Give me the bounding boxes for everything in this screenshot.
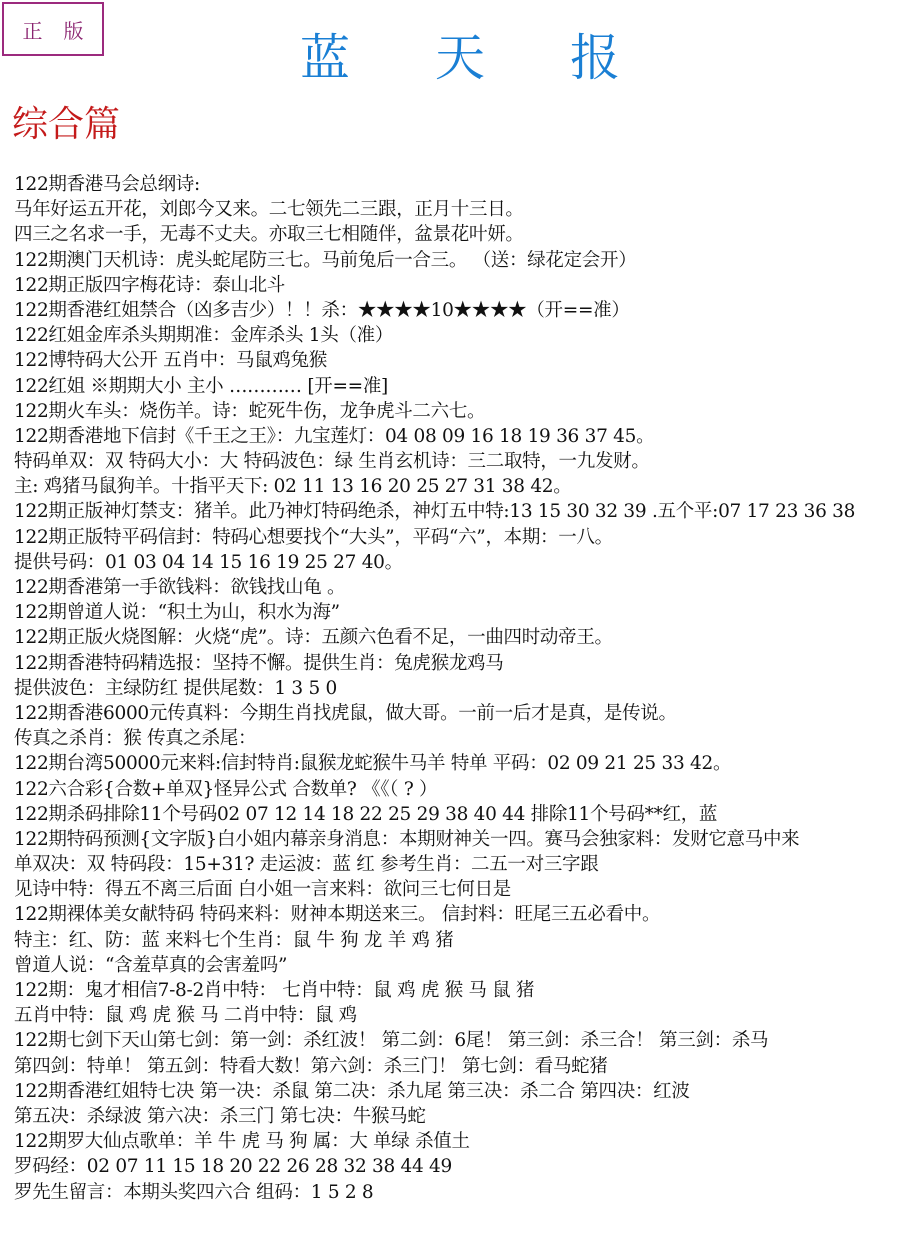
text-line: 122期七剑下天山第七剑：第一剑：杀红波！ 第二剑：6尾！ 第三剑：杀三合！ 第… [14, 1028, 900, 1053]
text-line: 122期：鬼才相信7-8-2肖中特： 七肖中特：鼠 鸡 虎 猴 马 鼠 猪 [14, 978, 900, 1003]
text-line: 122期香港地下信封《千王之王》：九宝莲灯：04 08 09 16 18 19 … [14, 424, 900, 449]
text-line: 122期正版四字梅花诗：泰山北斗 [14, 273, 900, 298]
text-line: 122期香港6000元传真料：今期生肖找虎鼠，做大哥。一前一后才是真，是传说。 [14, 701, 900, 726]
text-line: 122期特码预测{文字版}白小姐内幕亲身消息：本期财神关一四。赛马会独家料：发财… [14, 827, 900, 852]
text-line: 提供号码：01 03 04 14 15 16 19 25 27 40。 [14, 550, 900, 575]
text-line: 罗先生留言：本期头奖四六合 组码：1 5 2 8 [14, 1180, 900, 1205]
content-lines: 122期香港马会总纲诗:马年好运五开花，刘郎今又来。二七领先二三跟，正月十三日。… [14, 172, 900, 1205]
text-line: 马年好运五开花，刘郎今又来。二七领先二三跟，正月十三日。 [14, 197, 900, 222]
section-title: 综合篇 [12, 96, 120, 147]
text-line: 122期香港特码精选报：坚持不懈。提供生肖：兔虎猴龙鸡马 [14, 651, 900, 676]
text-line: 传真之杀肖：猴 传真之杀尾： [14, 726, 900, 751]
text-line: 122期正版特平码信封：特码心想要找个“大头”，平码“六”，本期：一八。 [14, 525, 900, 550]
text-line: 提供波色：主绿防红 提供尾数：1 3 5 0 [14, 676, 900, 701]
text-line: 122期火车头：烧伤羊。诗：蛇死牛伤，龙争虎斗二六七。 [14, 399, 900, 424]
text-line: 单双决：双 特码段：15+31? 走运波：蓝 红 参考生肖：二五一对三字跟 [14, 852, 900, 877]
text-line: 特主：红、防：蓝 来料七个生肖：鼠 牛 狗 龙 羊 鸡 猪 [14, 928, 900, 953]
text-line: 122期正版火烧图解：火烧“虎”。诗：五颜六色看不足，一曲四时动帝王。 [14, 625, 900, 650]
badge-char: 版 [64, 15, 84, 44]
text-line: 122期罗大仙点歌单：羊 牛 虎 马 狗 属：大 单绿 杀值土 [14, 1129, 900, 1154]
text-line: 122期香港红姐禁合（凶多吉少）！！杀：★★★★10★★★★（开==准） [14, 298, 900, 323]
text-line: 122期台湾50000元来料:信封特肖:鼠猴龙蛇猴牛马羊 特单 平码：02 09… [14, 751, 900, 776]
text-line: 122期香港红姐特七决 第一决：杀鼠 第二决：杀九尾 第三决：杀二合 第四决：红… [14, 1079, 900, 1104]
text-line: 曾道人说：“含羞草真的会害羞吗” [14, 953, 900, 978]
text-line: 122期香港马会总纲诗: [14, 172, 900, 197]
official-edition-badge: 正 版 [2, 2, 104, 56]
text-line: 罗码经：02 07 11 15 18 20 22 26 28 32 38 44 … [14, 1154, 900, 1179]
title-char: 报 [570, 18, 620, 90]
text-line: 122六合彩{合数+单双}怪异公式 合数单? 《《（ ? ） [14, 777, 900, 802]
text-line: 122期正版神灯禁支：猪羊。此乃神灯特码绝杀，神灯五中特:13 15 30 32… [14, 499, 900, 524]
text-line: 第五决：杀绿波 第六决：杀三门 第七决：牛猴马蛇 [14, 1104, 900, 1129]
title-char: 天 [435, 18, 485, 90]
text-line: 122博特码大公开 五肖中：马鼠鸡兔猴 [14, 348, 900, 373]
text-line: 四三之名求一手，无毒不丈夫。亦取三七相随伴，盆景花叶妍。 [14, 222, 900, 247]
text-line: 122红姐金库杀头期期准：金库杀头 1头（准） [14, 323, 900, 348]
text-line: 122红姐 ※期期大小 主小 ………… [开==准] [14, 374, 900, 399]
text-line: 122期香港第一手欲钱料：欲钱找山龟 。 [14, 575, 900, 600]
text-line: 122期曾道人说：“积土为山，积水为海” [14, 600, 900, 625]
page-title: 蓝 天 报 [300, 18, 620, 90]
text-line: 主: 鸡猪马鼠狗羊。十指平天下: 02 11 13 16 20 25 27 31… [14, 474, 900, 499]
text-line: 见诗中特：得五不离三后面 白小姐一言来料：欲问三七何日是 [14, 877, 900, 902]
title-char: 蓝 [300, 18, 350, 90]
text-line: 五肖中特：鼠 鸡 虎 猴 马 二肖中特：鼠 鸡 [14, 1003, 900, 1028]
text-line: 122期杀码排除11个号码02 07 12 14 18 22 25 29 38 … [14, 802, 900, 827]
text-line: 特码单双：双 特码大小：大 特码波色：绿 生肖玄机诗：三二取特，一九发财。 [14, 449, 900, 474]
text-line: 122期澳门天机诗：虎头蛇尾防三七。马前兔后一合三。 （送：绿花定会开） [14, 248, 900, 273]
text-line: 122期裸体美女献特码 特码来料：财神本期送来三。 信封料：旺尾三五必看中。 [14, 902, 900, 927]
badge-char: 正 [23, 15, 43, 44]
text-line: 第四剑：特单！ 第五剑：特看大数！第六剑：杀三门！ 第七剑：看马蛇猪 [14, 1054, 900, 1079]
